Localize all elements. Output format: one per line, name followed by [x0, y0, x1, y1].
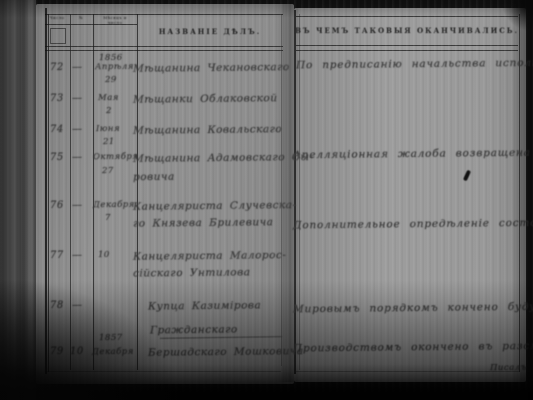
entry-day: 21	[103, 137, 115, 147]
case-name-line2: го Князева Брилевича	[133, 216, 273, 229]
entry-day: 10	[98, 250, 110, 260]
rule	[296, 16, 518, 17]
case-name: Канцеляриста Малорос-	[133, 249, 287, 263]
resolution-entry: Мировымъ порядкомъ кончено будучи	[293, 301, 533, 316]
left-page-title: НАЗВАНІЕ ДѢЛЪ.	[159, 27, 261, 36]
rule	[45, 371, 281, 372]
entry-day: 27	[102, 166, 114, 176]
resolution-entry: Дополнительное опредѣленіе состоялось	[293, 217, 533, 232]
case-name: Мѣщанина Чекановскаго	[133, 61, 290, 75]
entry-month: Іюня	[96, 124, 120, 134]
case-name: Мѣщанина Адамовскаго Сы-	[133, 151, 314, 165]
column-header-date: Мѣсяцъ и число	[97, 16, 133, 25]
ditto-dash: —	[72, 152, 83, 163]
right-page-title: ВЪ ЧЕМЪ ТАКОВЫЯ ОКАНЧИВАЛИСЬ.	[295, 26, 519, 35]
rule	[70, 14, 71, 370]
ditto-dash: —	[72, 124, 83, 135]
entry-day: 7	[105, 213, 111, 223]
resolution-entry: По предписанію начальства исполнено	[296, 57, 533, 72]
ditto-dash: —	[72, 300, 83, 311]
column-header-small-1: Число	[46, 16, 68, 21]
case-name: Канцеляриста Случевска-	[133, 199, 297, 213]
rule	[296, 50, 518, 51]
entry-number: 78	[50, 300, 64, 311]
case-name: Мѣщанина Ковальскаго	[133, 123, 282, 137]
entry-month: Мая	[98, 93, 119, 103]
rule	[48, 14, 49, 372]
year-mark: 1857	[99, 333, 123, 343]
column-header-small-2: №	[70, 16, 92, 21]
photo-frame: Число № Мѣсяцъ и число НАЗВАНІЕ ДѢЛЪ. ВЪ…	[0, 0, 533, 400]
case-name: Бершадскаго Мошковича	[148, 345, 304, 359]
case-name: Купца Казимірова	[148, 299, 261, 312]
resolution-entry: Производствомъ окончено въ разсмотрѣніи	[293, 339, 533, 354]
case-name: Мѣщанки Облаковской	[133, 92, 278, 106]
entry-month: Декабря	[92, 347, 134, 357]
entry-day: 2	[106, 106, 112, 116]
entry-number: 72	[50, 62, 64, 73]
entry-number: 75	[50, 152, 64, 163]
ditto-dash: —	[72, 250, 83, 261]
header-subcell-box	[50, 28, 66, 44]
rule	[296, 45, 518, 46]
ditto-dash: —	[72, 200, 83, 211]
rule	[45, 8, 47, 374]
case-name-line2: Гражданскаго	[150, 324, 238, 337]
case-name-line2: ровича	[133, 171, 175, 183]
rule	[296, 371, 519, 372]
book-spine-edge	[0, 0, 36, 400]
rule	[93, 14, 94, 370]
ditto-dash: —	[72, 62, 83, 73]
entry-number: 76	[50, 200, 64, 211]
entry-month: Декабря	[93, 200, 135, 210]
entry-number: 74	[50, 124, 64, 135]
resolution-entry: Апелляціонная жалоба возвращена	[293, 147, 531, 161]
entry-day: 29	[105, 75, 117, 85]
rule	[45, 50, 283, 51]
entry-month: Октября	[93, 152, 139, 162]
entry-month: Апрѣля	[95, 62, 134, 72]
ditto-dash: —	[72, 93, 83, 104]
entry-number: 73	[50, 93, 64, 104]
entry-number: 79	[50, 346, 64, 357]
rule	[45, 46, 283, 47]
case-name-line2: сійскаго Унтилова	[133, 266, 251, 279]
entry-day: 10	[70, 346, 84, 357]
corner-note: Писалъ	[490, 363, 527, 373]
entry-number: 77	[50, 250, 64, 261]
